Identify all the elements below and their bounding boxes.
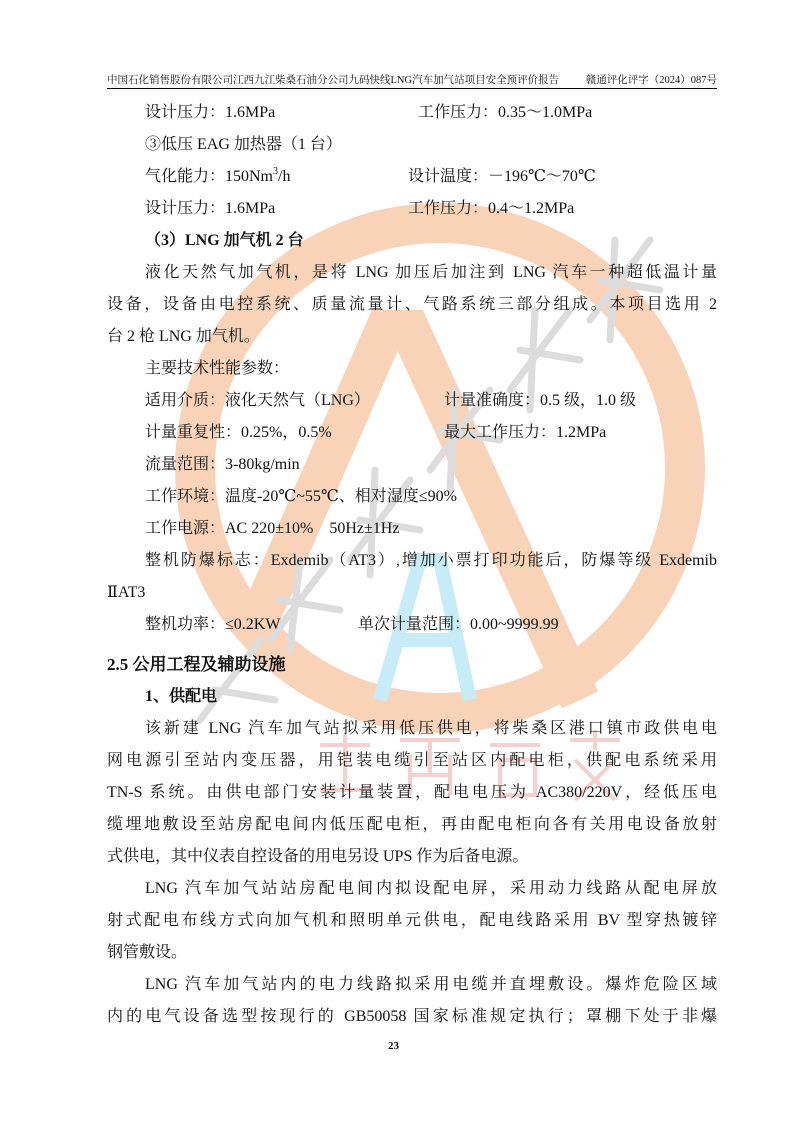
paragraph-line: 式供电，其中仪表自控设备的用电另设 UPS 作为后备电源。	[107, 847, 528, 867]
paragraph-line: 设备，设备由电控系统、质量流量计、气路系统三部分组成。本项目选用 2	[107, 295, 717, 315]
paragraph-line: 该新建 LNG 汽车加气站拟采用低压供电，将柴桑区港口镇市政供电电	[145, 719, 717, 739]
eag-heater-title: ③低压 EAG 加热器（1 台）	[145, 135, 342, 155]
page-number: 23	[388, 1040, 399, 1052]
param-repeatability: 计量重复性：0.25%，0.5%	[145, 423, 332, 443]
paragraph-line: 液化天然气加气机，是将 LNG 加压后加注到 LNG 汽车一种超低温计量	[145, 263, 717, 283]
param-environment: 工作环境：温度-20℃~55℃、相对湿度≤90%	[145, 487, 457, 507]
paragraph-line: 内的电气设备选型按现行的 GB50058 国家标准规定执行；罩棚下处于非爆	[107, 1007, 717, 1027]
paragraph-line: 缆埋地敷设至站房配电间内低压配电柜，再由配电柜向各有关用电设备放射	[107, 815, 717, 835]
paragraph-line: LNG 汽车加气站内的电力线路拟采用电缆并直埋敷设。爆炸危险区域	[145, 975, 717, 995]
capacity-unit: /h	[278, 168, 290, 185]
param-medium: 适用介质：液化天然气（LNG）	[145, 391, 370, 411]
capacity-value: 气化能力：150Nm	[145, 168, 273, 185]
paragraph-line: TN-S 系统。由供电部门安装计量装置，配电电压为 AC380/220V，经低压…	[107, 783, 717, 803]
param-explosion-proof: 整机防爆标志：Exdemib（AT3）,增加小票打印功能后，防爆等级 Exdem…	[145, 551, 717, 571]
header-title: 中国石化销售股份有限公司江西九江柴桑石油分公司九码快线LNG汽车加气站项目安全预…	[107, 72, 559, 87]
section-heading: 2.5 公用工程及辅助设施	[107, 655, 286, 675]
param-max-pressure: 最大工作压力：1.2MPa	[444, 423, 606, 443]
gasification-capacity: 气化能力：150Nm3/h	[145, 167, 290, 187]
design-pressure-2: 设计压力：1.6MPa	[145, 199, 275, 219]
design-temperature: 设计温度：－196℃～70℃	[408, 167, 596, 187]
param-flow-range: 流量范围：3-80kg/min	[145, 455, 300, 475]
paragraph-line: 射式配电布线方式向加气机和照明单元供电，配电线路采用 BV 型穿热镀锌	[107, 911, 717, 931]
paragraph-line: LNG 汽车加气站站房配电间内拟设配电屏，采用动力线路从配电屏放	[145, 879, 717, 899]
page-header: 中国石化销售股份有限公司江西九江柴桑石油分公司九码快线LNG汽车加气站项目安全预…	[107, 70, 717, 89]
param-accuracy: 计量准确度：0.5 级，1.0 级	[444, 391, 636, 411]
dispenser-heading: （3）LNG 加气机 2 台	[145, 231, 304, 251]
work-pressure-2: 工作压力：0.4～1.2MPa	[408, 199, 574, 219]
subsection-heading: 1、供配电	[145, 687, 217, 707]
param-power: 整机功率：≤0.2KW	[145, 615, 280, 635]
paragraph-line: 网电源引至站内变压器，用铠装电缆引至站区内配电柜，供配电系统采用	[107, 751, 717, 771]
param-explosion-proof-cont: ⅡAT3	[107, 583, 145, 603]
param-power-source: 工作电源：AC 220±10% 50Hz±1Hz	[145, 519, 399, 539]
paragraph-line: 钢管敷设。	[107, 943, 187, 963]
params-title: 主要技术性能参数：	[145, 359, 289, 379]
design-pressure-1: 设计压力：1.6MPa	[145, 103, 275, 123]
paragraph-line: 台 2 枪 LNG 加气机。	[107, 327, 260, 347]
header-doc-number: 赣通评化评字（2024）087号	[586, 72, 717, 87]
param-single-range: 单次计量范围：0.00~9999.99	[358, 615, 559, 635]
work-pressure-1: 工作压力：0.35～1.0MPa	[418, 103, 592, 123]
